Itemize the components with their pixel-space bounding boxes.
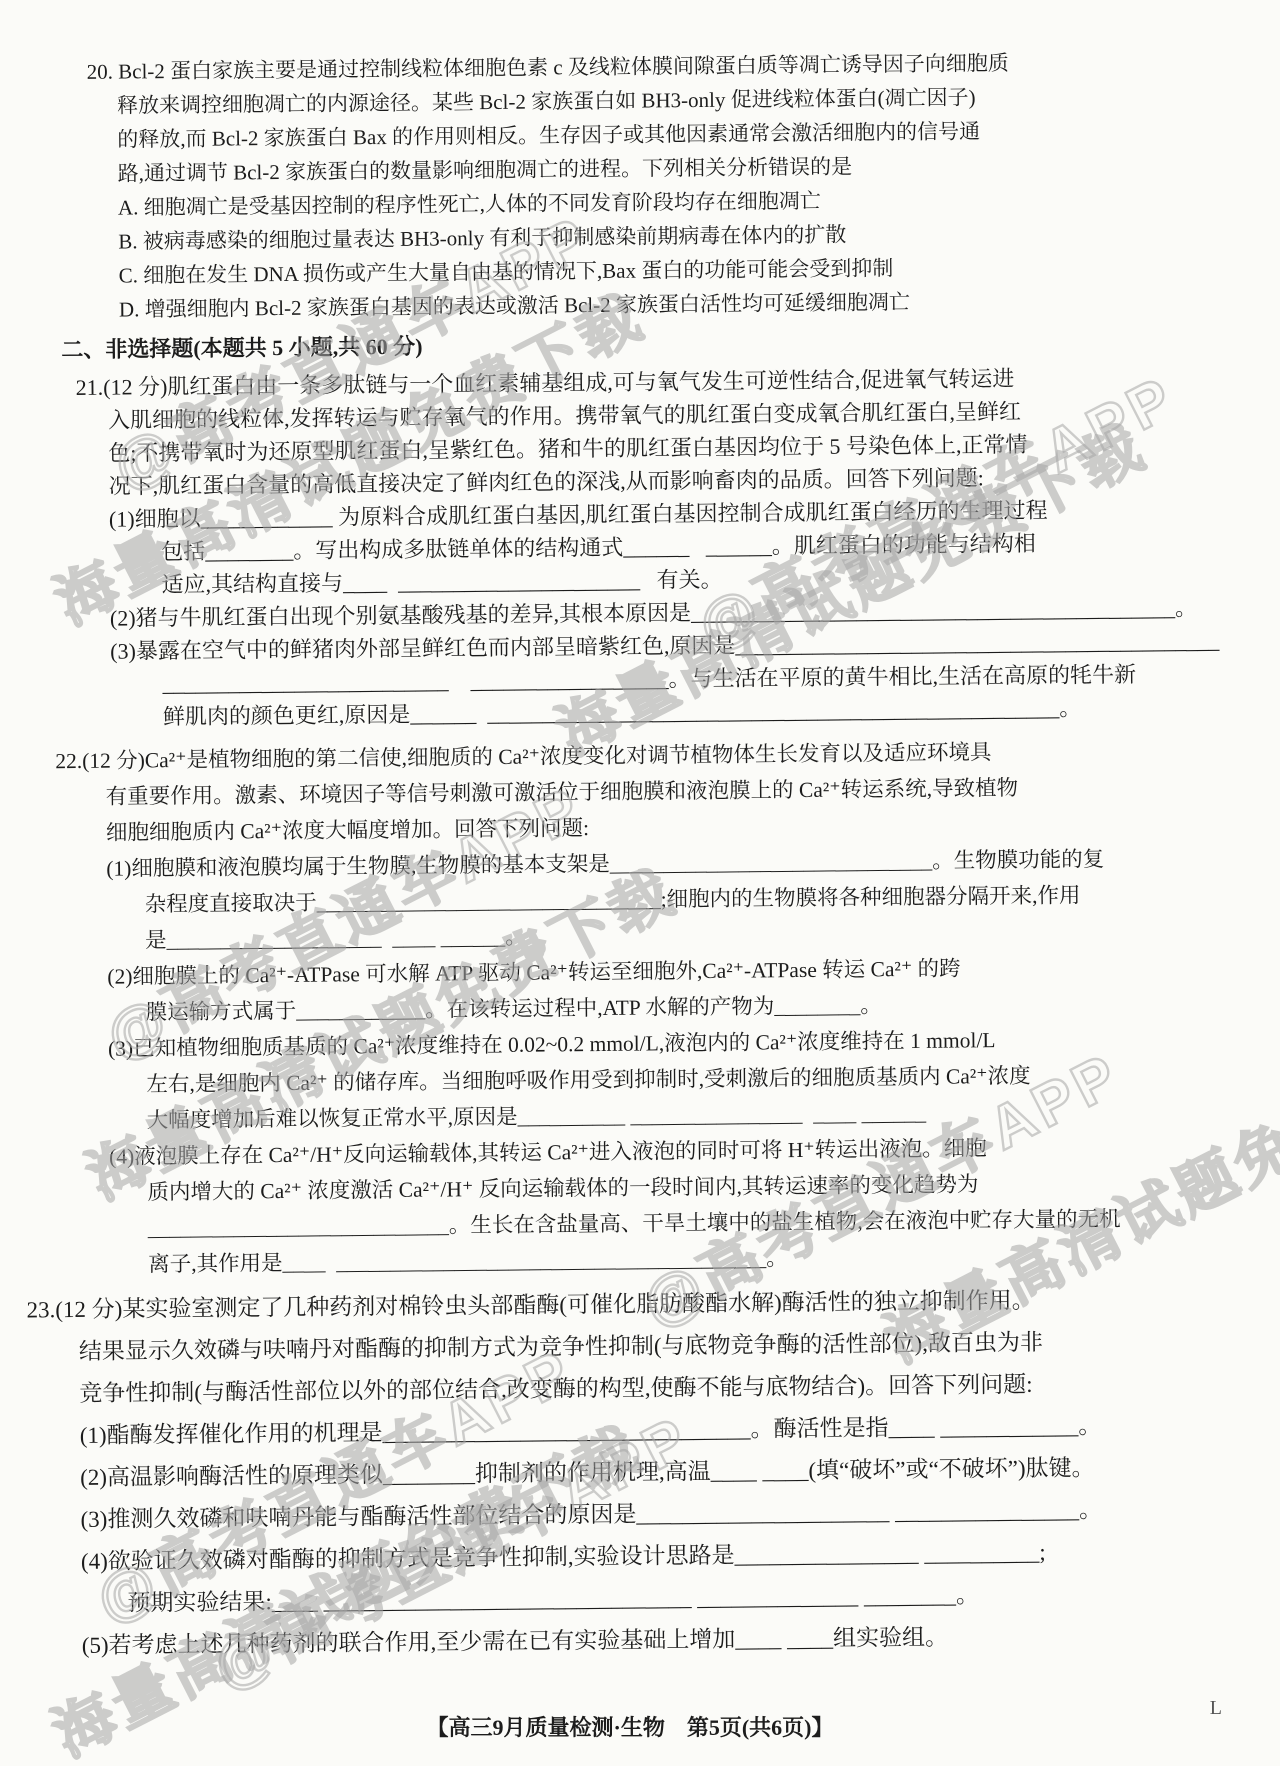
- exam-content: 20. Bcl-2 蛋白家族主要是通过控制线粒体细胞色素 c 及线粒体膜间隙蛋白…: [0, 0, 1280, 1668]
- section-2-header: 二、非选择题(本题共 5 小题,共 60 分): [61, 320, 1280, 367]
- question-23: 23.(12 分)某实验室测定了几种药剂对棉铃虫头部酯酶(可催化脂肪酸酯水解)酶…: [26, 1277, 1280, 1667]
- question-22: 22.(12 分)Ca²⁺是植物细胞的第二信使,细胞质的 Ca²⁺浓度变化对调节…: [55, 731, 1280, 1283]
- exam-paper-page: @高考直通车APP 海量高清试题免费下载 @高考直通车APP 海量高清试题免费下…: [0, 0, 1280, 1766]
- corner-mark: L: [1210, 1697, 1222, 1720]
- question-20: 20. Bcl-2 蛋白家族主要是通过控制线粒体细胞色素 c 及线粒体膜间隙蛋白…: [87, 43, 1280, 326]
- page-footer: 【高三9月质量检测·生物 第5页(共6页)】: [0, 1711, 1260, 1742]
- question-21: 21.(12 分)肌红蛋白由一条多肽链与一个血红素辅基组成,可与氧气发生可逆性结…: [76, 359, 1280, 734]
